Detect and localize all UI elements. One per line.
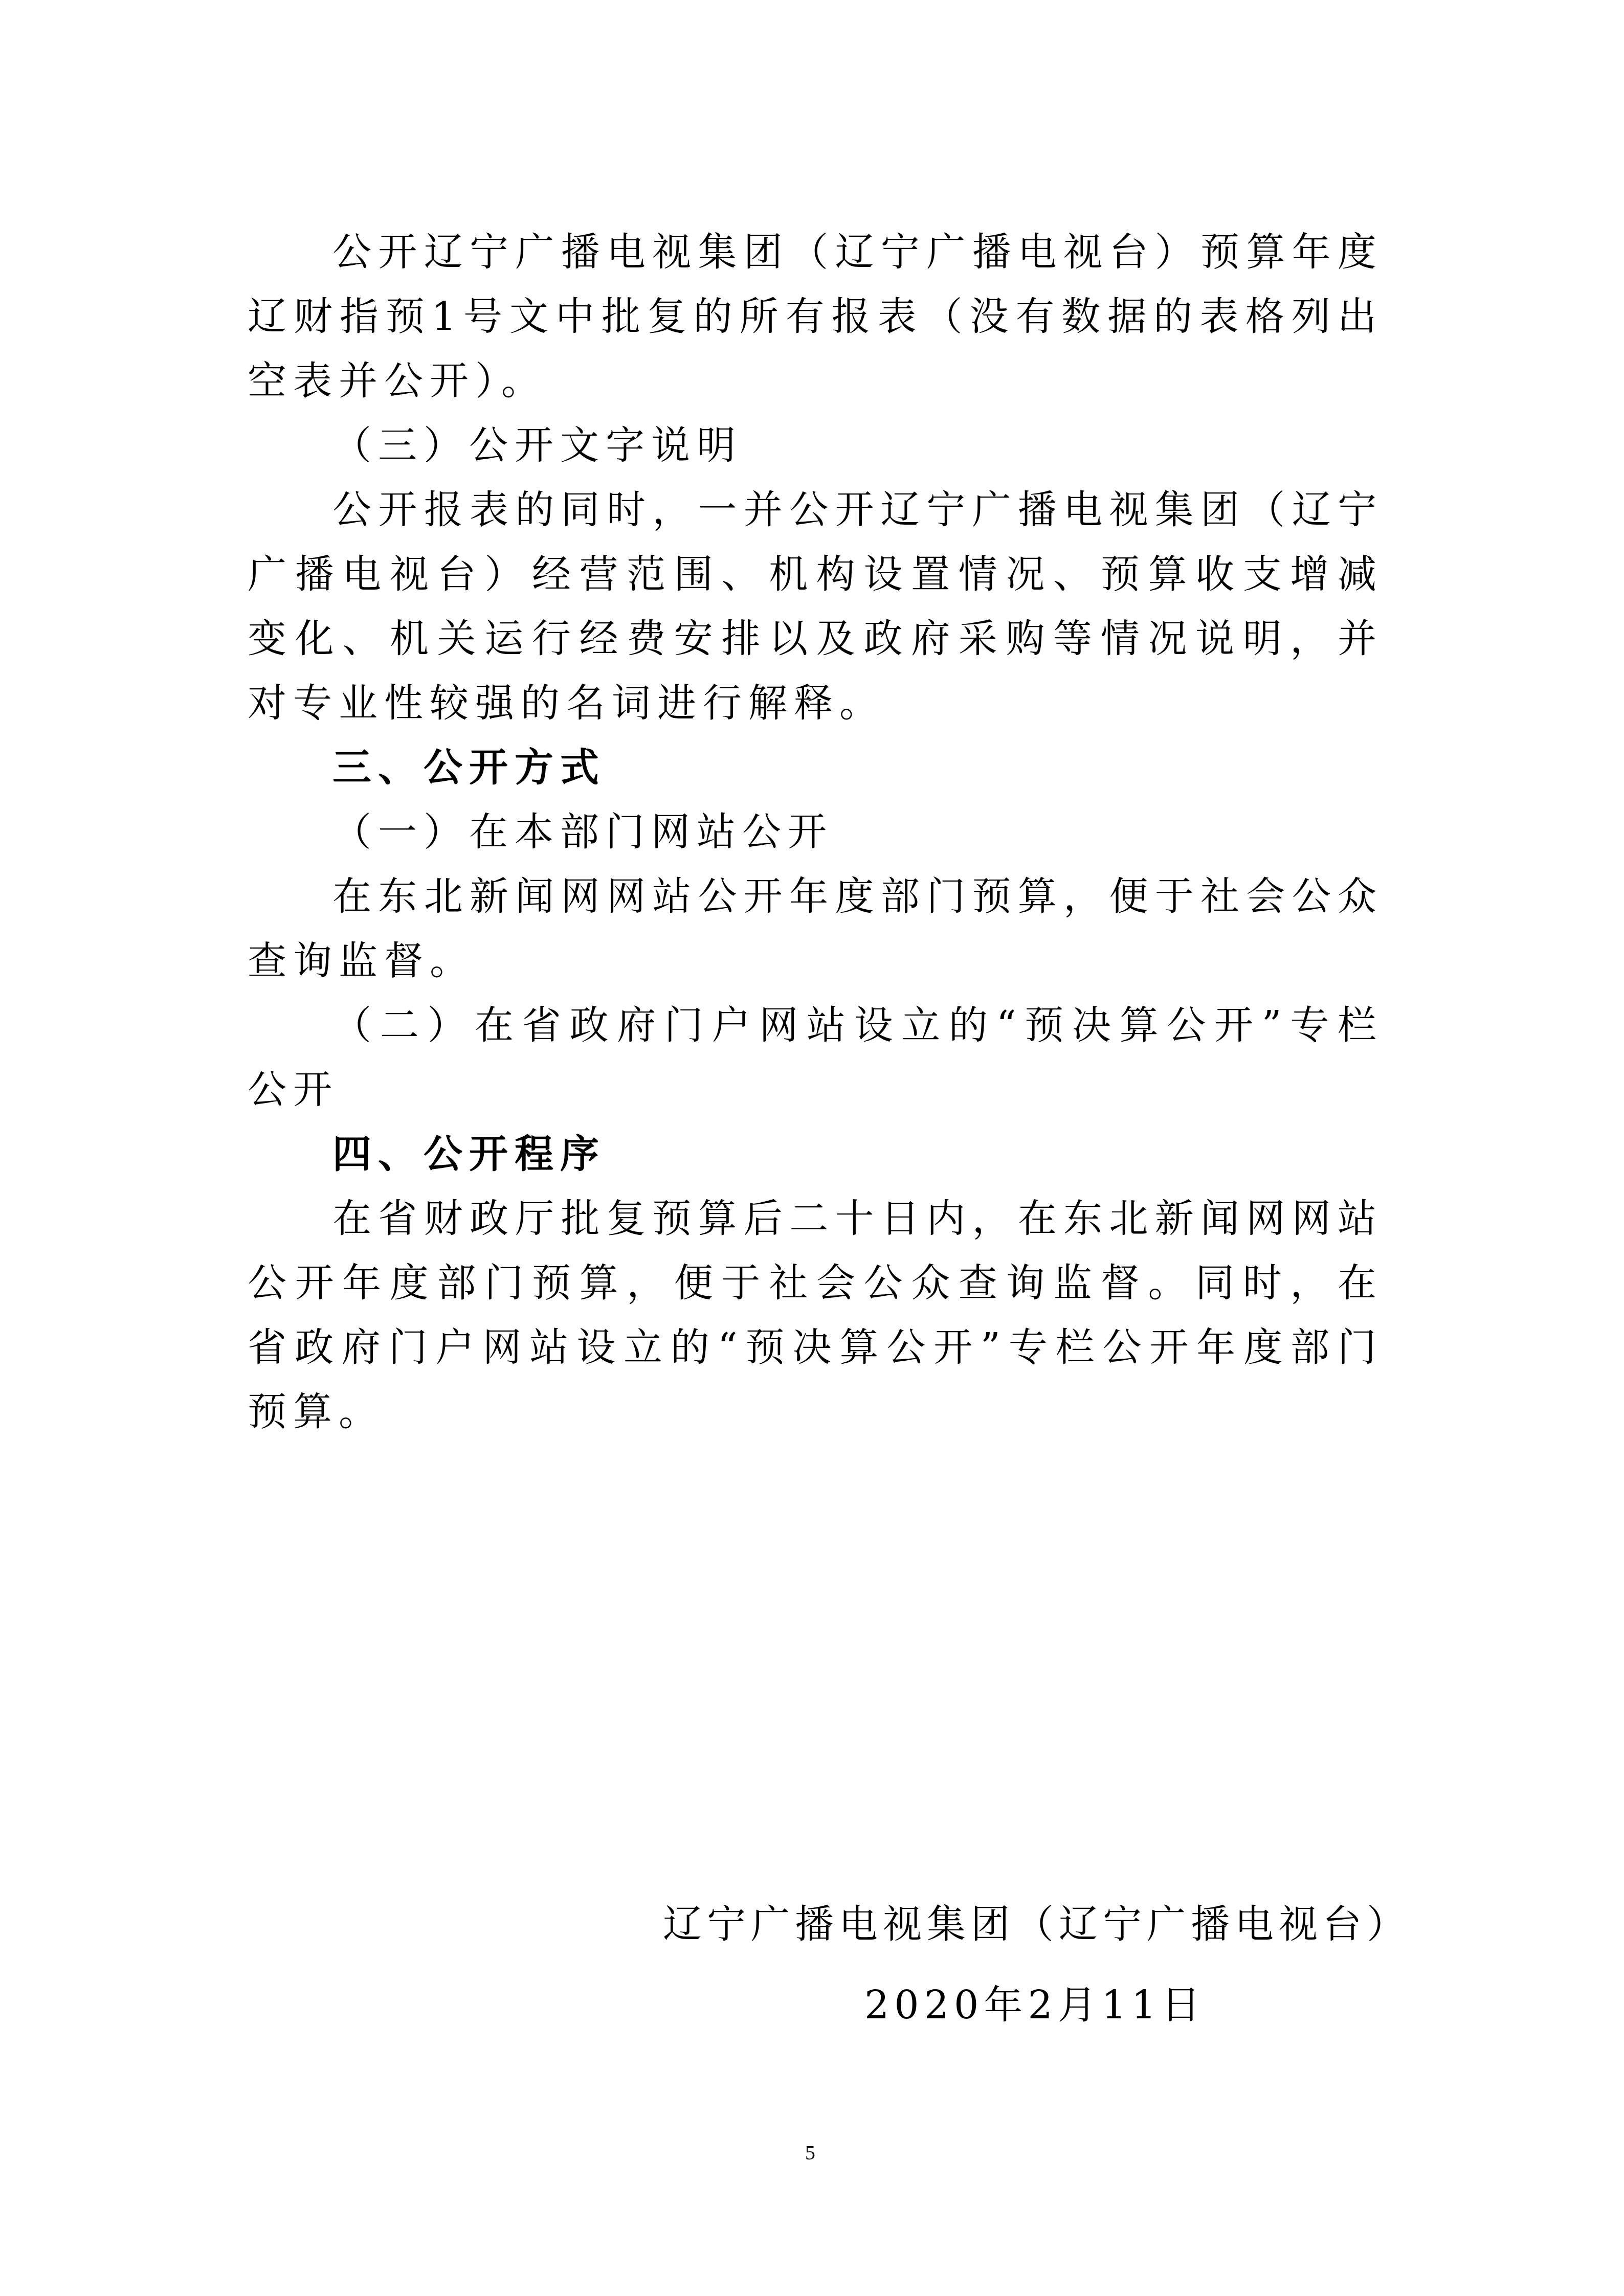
paragraph-disclosure-procedure: 在省财政厅批复预算后二十日内，在东北新闻网网站公开年度部门预算，便于社会公众查询… [248,1186,1383,1444]
document-page: 公开辽宁广播电视集团（辽宁广播电视台）预算年度辽财指预1号文中批复的所有报表（没… [0,0,1624,2296]
subheading-provincial-portal: （二）在省政府门户网站设立的“预决算公开”专栏公开 [248,993,1383,1122]
document-body: 公开辽宁广播电视集团（辽宁广播电视台）预算年度辽财指预1号文中批复的所有报表（没… [248,220,1383,1444]
paragraph-reports-disclosure: 公开辽宁广播电视集团（辽宁广播电视台）预算年度辽财指预1号文中批复的所有报表（没… [248,220,1383,413]
heading-disclosure-method: 三、公开方式 [248,735,1383,800]
paragraph-text-explanation: 公开报表的同时，一并公开辽宁广播电视集团（辽宁广播电视台）经营范围、机构设置情况… [248,478,1383,735]
signature-organization: 辽宁广播电视集团（辽宁广播电视台） [663,1893,1411,1949]
page-number: 5 [805,2141,815,2165]
paragraph-department-website: 在东北新闻网网站公开年度部门预算，便于社会公众查询监督。 [248,864,1383,993]
signature-date: 2020年2月11日 [864,1974,1205,2030]
subheading-department-website: （一）在本部门网站公开 [248,800,1383,864]
subheading-text-explanation: （三）公开文字说明 [248,413,1383,478]
heading-disclosure-procedure: 四、公开程序 [248,1122,1383,1186]
